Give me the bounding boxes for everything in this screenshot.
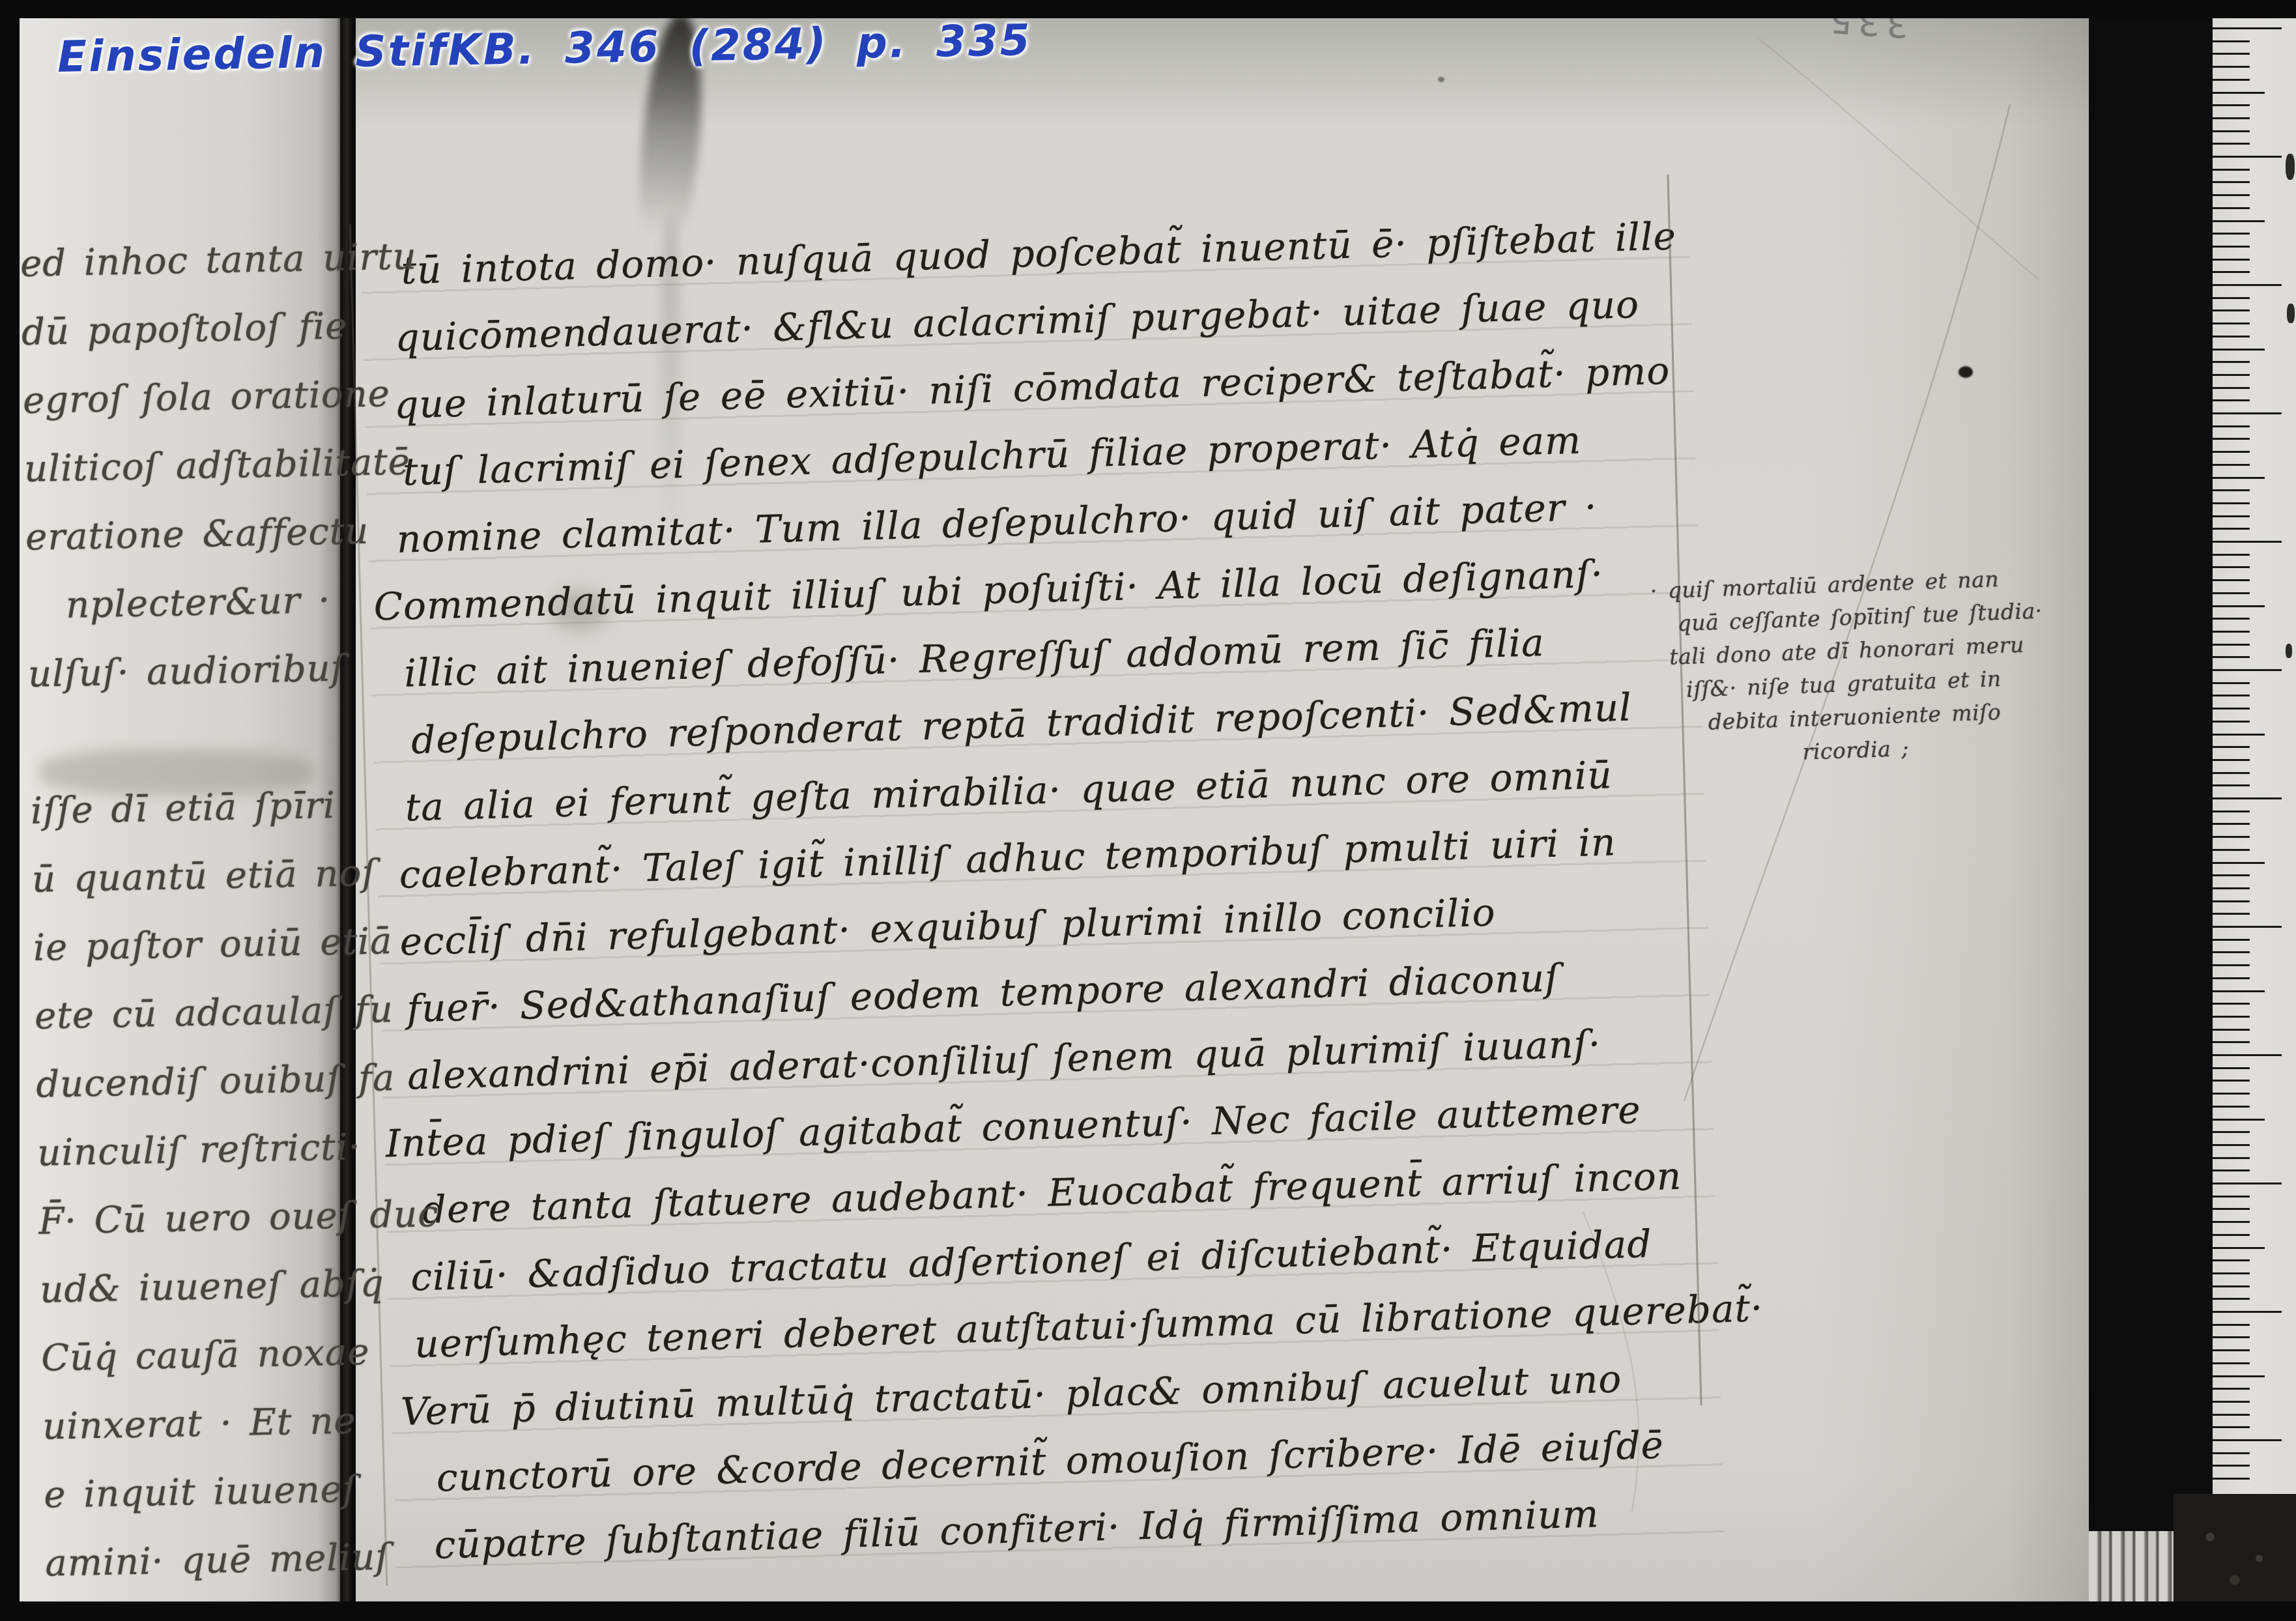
text-line: nplecter&ur ·	[26, 566, 331, 640]
ruler-tick	[2213, 605, 2265, 607]
ruler-tick	[2213, 1093, 2250, 1095]
ruler-tick	[2213, 1003, 2250, 1005]
ruler-tick	[2213, 1183, 2282, 1184]
ruler-tick	[2213, 1041, 2250, 1043]
text-line: ie paſtor ouiū etiā	[33, 908, 337, 983]
ruler-tick	[2213, 926, 2282, 928]
manuscript-photograph: Einsiedeln StifKB. 346 (284) p. 335 335 …	[0, 0, 2296, 1621]
ruler-tick	[2213, 887, 2250, 889]
ruler-tick	[2213, 784, 2250, 786]
margin-annotation: · quiſ mortaliū ardente et nanquā ceſſan…	[1643, 560, 2054, 773]
ruler-tick	[2213, 964, 2250, 966]
ruler-tick	[2213, 592, 2250, 594]
ruler-tick	[2213, 284, 2282, 286]
ruler-tick	[2213, 53, 2250, 55]
text-line: ete cū adcaulaſ fu	[34, 977, 339, 1051]
ruler-tick	[2213, 669, 2282, 671]
ruler-tick	[2213, 130, 2250, 132]
ruler-tick	[2213, 734, 2265, 736]
ruler-edge-mark	[2287, 304, 2295, 323]
ruler-tick	[2213, 1298, 2250, 1300]
ruler-tick	[2213, 181, 2250, 183]
ruler-tick	[2213, 1080, 2250, 1082]
ruler-tick	[2213, 554, 2250, 556]
ruler-tick	[2213, 746, 2250, 748]
ruler-tick	[2213, 233, 2250, 235]
ruler-tick	[2213, 1439, 2282, 1441]
book-edge-corner	[2174, 1494, 2296, 1601]
ruler-edge-mark	[2286, 644, 2292, 658]
ruler-tick	[2213, 515, 2250, 517]
ruler-tick	[2213, 425, 2250, 427]
ruler-tick	[2213, 40, 2250, 42]
page-right-shading	[1815, 18, 2089, 1601]
ruler-tick	[2213, 1414, 2250, 1416]
ruler-tick	[2213, 477, 2265, 479]
ruler-tick	[2213, 644, 2250, 646]
text-line: uliticoſ adſtabilitatē	[23, 429, 328, 504]
ruler-tick	[2213, 259, 2250, 261]
ruler-tick	[2213, 297, 2250, 299]
ruler-tick	[2213, 1388, 2250, 1390]
ruler-tick	[2213, 1157, 2250, 1159]
ruler-tick	[2213, 1401, 2250, 1403]
ruler-tick	[2213, 117, 2250, 119]
ruler-tick	[2213, 1016, 2250, 1018]
margin-annotation-lines: · quiſ mortaliū ardente et nanquā ceſſan…	[1643, 560, 2054, 773]
ruler-tick	[2213, 1452, 2250, 1454]
ruler-tick	[2213, 566, 2250, 568]
main-text-lines: tū intota domo· nuſquā quod poſcebat̃ in…	[360, 203, 1725, 1580]
ruler-tick	[2213, 207, 2250, 209]
text-line: e inquit iuueneſ	[43, 1456, 348, 1530]
main-text-block: tū intota domo· nuſquā quod poſcebat̃ in…	[360, 194, 1725, 1580]
text-line: amini· quē meliuſ	[44, 1524, 349, 1598]
ruler-tick	[2213, 399, 2250, 401]
text-line: iſſe dī etiā ſpīri	[30, 771, 335, 846]
ruler-tick	[2213, 1336, 2250, 1338]
ruler-tick	[2213, 862, 2265, 864]
photo-border-left	[0, 0, 20, 1621]
ruler-tick	[2213, 1221, 2250, 1223]
ruler-tick	[2213, 271, 2250, 273]
ruler-tick	[2213, 156, 2282, 158]
ruler-tick	[2213, 489, 2250, 491]
facing-page-text-block: ed inhoc tanta uirtudū papoſtoloſ fieegr…	[20, 224, 349, 1598]
ruler-tick	[2213, 412, 2282, 414]
ruler-tick	[2213, 823, 2250, 825]
measuring-ruler	[2213, 18, 2296, 1495]
ruler-tick	[2213, 79, 2250, 81]
ruler-tick	[2213, 1029, 2250, 1031]
ruler-tick	[2213, 874, 2250, 876]
ruler-tick	[2213, 169, 2250, 171]
text-line: eratione &affectu	[25, 498, 330, 572]
black-band	[2089, 18, 2214, 1531]
ruler-tick	[2213, 1234, 2250, 1236]
ruler-tick	[2213, 1144, 2250, 1146]
ruler-tick	[2213, 1247, 2265, 1249]
ruler-tick	[2213, 323, 2250, 324]
ruler-tick	[2213, 1478, 2250, 1480]
ruler-tick	[2213, 1285, 2250, 1287]
text-line: uinxerat · Et ne	[42, 1387, 347, 1461]
ruler-tick	[2213, 528, 2250, 530]
ruler-tick	[2213, 1362, 2250, 1364]
ruler-tick	[2213, 656, 2250, 658]
ruler-tick	[2213, 1119, 2265, 1121]
ruler-tick	[2213, 836, 2250, 838]
ruler-tick	[2213, 1208, 2250, 1210]
ruler-tick	[2213, 246, 2250, 248]
ruler-tick	[2213, 695, 2250, 696]
photo-border-bottom	[0, 1601, 2296, 1621]
text-line: Cūq̇ cauſā noxae	[40, 1319, 345, 1393]
ruler-tick	[2213, 1131, 2250, 1133]
ruler-tick	[2213, 464, 2250, 466]
ruler-edge-mark	[2286, 154, 2295, 180]
ruler-tick	[2213, 1196, 2250, 1198]
ruler-tick	[2213, 618, 2250, 620]
ruler-tick	[2213, 27, 2282, 29]
ruler-tick	[2213, 104, 2250, 106]
ruler-tick	[2213, 387, 2250, 389]
small-speck	[1438, 77, 1444, 82]
ruler-tick	[2213, 913, 2250, 915]
ruler-tick	[2213, 1054, 2282, 1056]
text-line: ud& iuueneſ abſq̇	[39, 1250, 344, 1325]
ruler-tick	[2213, 336, 2250, 337]
ruler-tick	[2213, 849, 2250, 851]
ruler-tick	[2213, 1465, 2250, 1467]
ruler-tick	[2213, 990, 2265, 992]
ruler-tick	[2213, 361, 2250, 363]
ruler-tick	[2213, 309, 2250, 311]
text-line: F̄· Cū uero oueſ duc	[38, 1182, 343, 1256]
ruler-tick	[2213, 1324, 2250, 1326]
text-line	[29, 703, 334, 777]
ruler-tick	[2213, 349, 2265, 351]
text-line: ulſuſ· audioribuſ	[27, 635, 332, 709]
ruler-tick	[2213, 66, 2250, 68]
ruler-tick	[2213, 810, 2250, 812]
text-line: ū quantū etiā noſ	[31, 840, 336, 914]
ruler-tick	[2213, 759, 2250, 761]
facing-page-lines: ed inhoc tanta uirtudū papoſtoloſ fieegr…	[20, 224, 349, 1598]
ruler-tick	[2213, 1349, 2250, 1351]
ruler-tick	[2213, 708, 2250, 710]
ruler-tick	[2213, 374, 2250, 376]
ruler-tick	[2213, 1067, 2250, 1069]
ruler-tick	[2213, 977, 2250, 979]
ruler-tick	[2213, 1426, 2250, 1428]
ruler-tick	[2213, 194, 2250, 196]
text-line: uinculiſ reſtricti·	[36, 1113, 341, 1188]
fanned-page-edges	[2089, 1531, 2174, 1601]
ruler-tick	[2213, 438, 2250, 440]
ruler-tick	[2213, 900, 2250, 902]
ruler-tick	[2213, 797, 2282, 799]
text-line: ducendiſ ouibuſ fa	[35, 1045, 340, 1119]
ruler-tick	[2213, 541, 2282, 543]
ruler-tick	[2213, 951, 2250, 953]
ruler-tick	[2213, 1169, 2250, 1171]
ruler-tick	[2213, 682, 2250, 684]
text-line: egroſ ſola oratione	[22, 361, 327, 435]
ruler-tick	[2213, 220, 2265, 222]
ruler-tick	[2213, 92, 2265, 94]
ruler-tick	[2213, 451, 2250, 453]
ruler-tick	[2213, 1259, 2250, 1261]
ruler-tick	[2213, 721, 2250, 723]
ruler-tick	[2213, 579, 2250, 581]
dark-speck	[1959, 366, 1973, 378]
ruler-tick	[2213, 502, 2250, 504]
text-line: ed inhoc tanta uirtu	[20, 224, 324, 298]
ruler-tick	[2213, 143, 2250, 145]
ruler-tick	[2213, 772, 2250, 774]
ruler-tick	[2213, 1375, 2265, 1377]
ruler-tick	[2213, 631, 2250, 633]
ruler-tick	[2213, 1106, 2250, 1108]
text-line: dū papoſtoloſ fie	[21, 293, 326, 367]
ruler-tick	[2213, 1272, 2250, 1274]
photo-border-top	[0, 0, 2296, 18]
ruler-tick	[2213, 1311, 2282, 1313]
ruler-tick	[2213, 939, 2250, 941]
